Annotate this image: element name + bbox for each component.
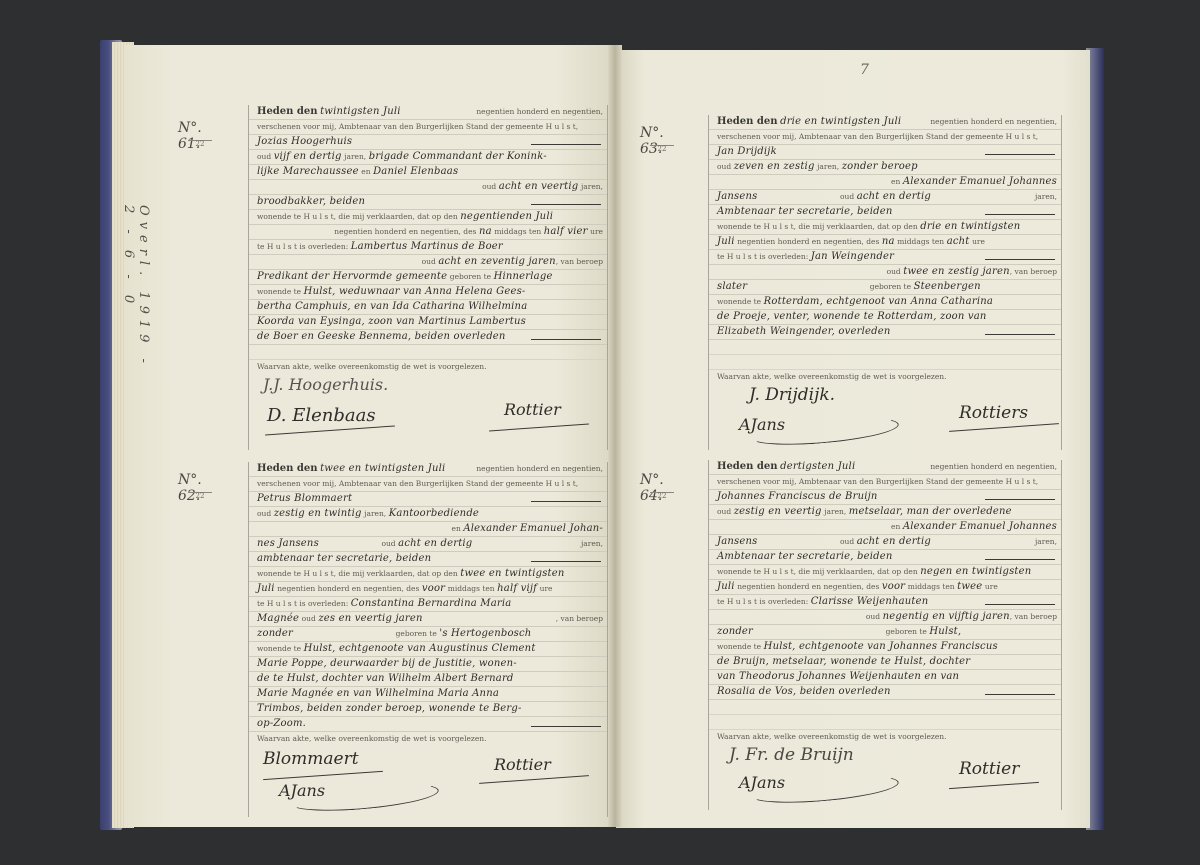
signature-declarant-1: J. Fr. de Bruijn (729, 745, 854, 765)
record-frame: Heden den dertigsten Juli negentien hond… (708, 460, 1062, 810)
deceased-name: Clarisse Weijenhauten (811, 596, 929, 607)
closing-formula: Waarvan akte, welke overeenkomstig de we… (257, 734, 487, 743)
signature-declarant-1: J. Drijdijk. (749, 385, 835, 405)
signature-registrar: Rottier (494, 755, 551, 774)
record-frame: Heden den drie en twintigsten Juli negen… (708, 115, 1062, 450)
declarant-1-name: Jozias Hoogerhuis (257, 136, 352, 147)
record-subnumber: 22 (188, 492, 212, 499)
signature-declarant-1: Blommaert (263, 749, 359, 769)
signature-registrar: Rottier (959, 759, 1019, 779)
signature-declarant-1: J.J. Hoogerhuis. (263, 375, 388, 394)
deceased-name: Constantina Bernardina Maria (351, 598, 512, 609)
deceased-name: Jan Weingender (811, 251, 894, 262)
deceased-name: Lambertus Martinus de Boer (351, 241, 503, 252)
signatures: J.J. Hoogerhuis. D. Elenbaas Rottier (249, 375, 607, 453)
signatures: J. Drijdijk. AJans Rottiers (709, 385, 1061, 463)
signature-registrar: Rottiers (959, 403, 1028, 423)
declarant-1-name: Johannes Franciscus de Bruijn (717, 491, 878, 502)
record-date: dertigsten Juli (780, 461, 855, 472)
declarant-1-name: Jan Drijdijk (717, 146, 777, 157)
declarant-2-name: Alexander Emanuel Johan- (463, 523, 603, 534)
declarant-2-name: Alexander Emanuel Johannes (903, 521, 1057, 532)
record-subnumber: 22 (650, 145, 674, 152)
record-date: drie en twintigsten Juli (780, 116, 901, 127)
declarant-2-name: Alexander Emanuel Johannes (903, 176, 1057, 187)
signature-registrar: Rottier (504, 400, 561, 419)
closing-formula: Waarvan akte, welke overeenkomstig de we… (717, 372, 947, 381)
record-date: twee en twintigsten Juli (320, 463, 445, 474)
folio-mark: 7 (860, 62, 869, 78)
signature-declarant-2: D. Elenbaas (267, 405, 376, 426)
margin-note: Overl. 1919 - 2 - 6 - 0 (135, 205, 151, 375)
closing-formula: Waarvan akte, welke overeenkomstig de we… (717, 732, 947, 741)
record-date: twintigsten Juli (320, 106, 401, 117)
signatures: J. Fr. de Bruijn AJans Rottier (709, 745, 1061, 823)
record-subnumber: 22 (650, 492, 674, 499)
declarant-2-name: Daniel Elenbaas (373, 166, 458, 177)
record-subnumber: 22 (188, 140, 212, 147)
closing-formula: Waarvan akte, welke overeenkomstig de we… (257, 362, 487, 371)
record-frame: Heden den twintigsten Juli negentien hon… (248, 105, 608, 450)
declarant-1-name: Petrus Blommaert (257, 493, 352, 504)
book-gutter (608, 45, 622, 827)
signatures: Blommaert AJans Rottier (249, 747, 607, 817)
record-frame: Heden den twee en twintigsten Juli negen… (248, 462, 608, 817)
